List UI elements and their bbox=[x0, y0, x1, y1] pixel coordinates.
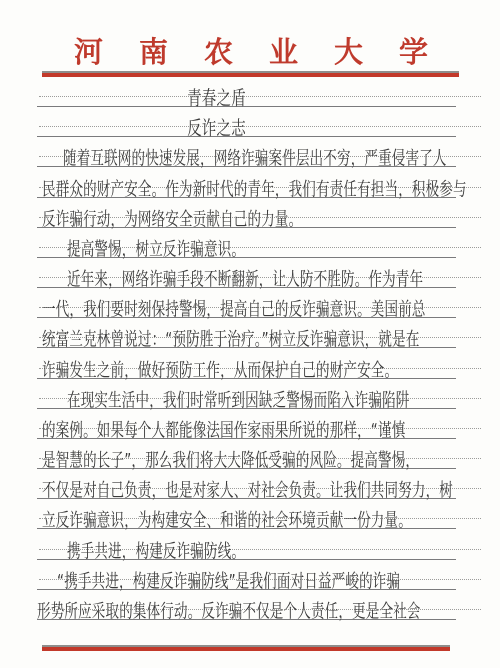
handwritten-line: 在现实生活中，我们时常听到因缺乏警惕而陷入诈骗陷阱 bbox=[67, 391, 410, 412]
handwritten-line: 统富兰克林曾说过：“预防胜于治疗。”树立反诈骗意识，就是在 bbox=[42, 331, 420, 352]
text-row: 是智慧的长子”，那么我们将大大降低受骗的风险。提高警惕， bbox=[37, 458, 456, 468]
text-row: 诈骗发生之前，做好预防工作，从而保护自己的财产安全。 bbox=[37, 368, 456, 378]
text-row: 一代，我们要时刻保持警惕，提高自己的反诈骗意识。美国前总 bbox=[37, 307, 456, 317]
handwritten-line: 是智慧的长子”，那么我们将大大降低受骗的风险。提高警惕， bbox=[42, 451, 419, 472]
handwritten-line: 近年来，网络诈骗手段不断翻新，让人防不胜防。作为青年 bbox=[67, 270, 423, 291]
text-row: 携手共进，构建反诈骗防线。 bbox=[37, 549, 456, 559]
text-row: 反诈之志 bbox=[37, 126, 456, 136]
text-row: 统富兰克林曾说过：“预防胜于治疗。”树立反诈骗意识，就是在 bbox=[37, 337, 456, 347]
handwritten-line: 诈骗发生之前，做好预防工作，从而保护自己的财产安全。 bbox=[42, 361, 398, 382]
handwritten-line: 反诈骗行动，为网络安全贡献自己的力量。 bbox=[42, 210, 302, 231]
footer-rule-red-line bbox=[42, 647, 450, 651]
university-title: 河南农业大学 bbox=[19, 39, 500, 68]
handwritten-line: 立反诈骗意识，为构建安全、和谐的社会环境贡献一份力量。 bbox=[42, 512, 412, 533]
text-row: “携手共进，构建反诈骗防线”是我们面对日益严峻的诈骗 bbox=[37, 579, 456, 589]
header-rule bbox=[42, 71, 459, 77]
header-rule-red-line bbox=[42, 73, 459, 77]
handwritten-line: 随着互联网的快速发展，网络诈骗案件层出不穷，严重侵害了人 bbox=[63, 150, 447, 171]
handwritten-title: 反诈之志 bbox=[7, 120, 426, 140]
handwritten-line: 提高警惕，树立反诈骗意识。 bbox=[67, 240, 245, 261]
footer-rule bbox=[42, 645, 450, 651]
text-row: 形势所应采取的集体行动。反诈骗不仅是个人责任，更是全社会 bbox=[37, 609, 456, 619]
text-row: 反诈骗行动，为网络安全贡献自己的力量。 bbox=[37, 217, 456, 227]
text-row: 立反诈骗意识，为构建安全、和谐的社会环境贡献一份力量。 bbox=[37, 518, 456, 528]
text-row: 近年来，网络诈骗手段不断翻新，让人防不胜防。作为青年 bbox=[37, 277, 456, 287]
text-row: 的案例。如果每个人都能像法国作家雨果所说的那样，“谨慎 bbox=[37, 428, 456, 438]
text-row: 提高警惕，树立反诈骗意识。 bbox=[37, 247, 456, 257]
text-row: 在现实生活中，我们时常听到因缺乏警惕而陷入诈骗陷阱 bbox=[37, 398, 456, 408]
text-row: 不仅是对自己负责，也是对家人、对社会负责。让我们共同努力，树 bbox=[37, 488, 456, 498]
text-row: 青春之盾 bbox=[37, 96, 456, 106]
letter-page: 河南农业大学 青春之盾反诈之志随着互联网的快速发展，网络诈骗案件层出不穷，严重侵… bbox=[0, 0, 500, 668]
text-row: 民群众的财产安全。作为新时代的青年，我们有责任有担当，积极参与 bbox=[37, 187, 456, 197]
handwritten-line: “携手共进，构建反诈骗防线”是我们面对日益严峻的诈骗 bbox=[57, 572, 400, 593]
handwritten-title: 青春之盾 bbox=[7, 90, 426, 110]
text-row: 随着互联网的快速发展，网络诈骗案件层出不穷，严重侵害了人 bbox=[37, 156, 456, 166]
handwritten-line: 不仅是对自己负责，也是对家人、对社会负责。让我们共同努力，树 bbox=[42, 481, 453, 502]
handwritten-line: 民群众的财产安全。作为新时代的青年，我们有责任有担当，积极参与 bbox=[42, 180, 467, 201]
handwritten-line: 一代，我们要时刻保持警惕，提高自己的反诈骗意识。美国前总 bbox=[42, 300, 426, 321]
handwritten-line: 形势所应采取的集体行动。反诈骗不仅是个人责任，更是全社会 bbox=[37, 602, 421, 623]
handwritten-line: 的案例。如果每个人都能像法国作家雨果所说的那样，“谨慎 bbox=[42, 421, 405, 442]
handwritten-line: 携手共进，构建反诈骗防线。 bbox=[67, 542, 245, 563]
